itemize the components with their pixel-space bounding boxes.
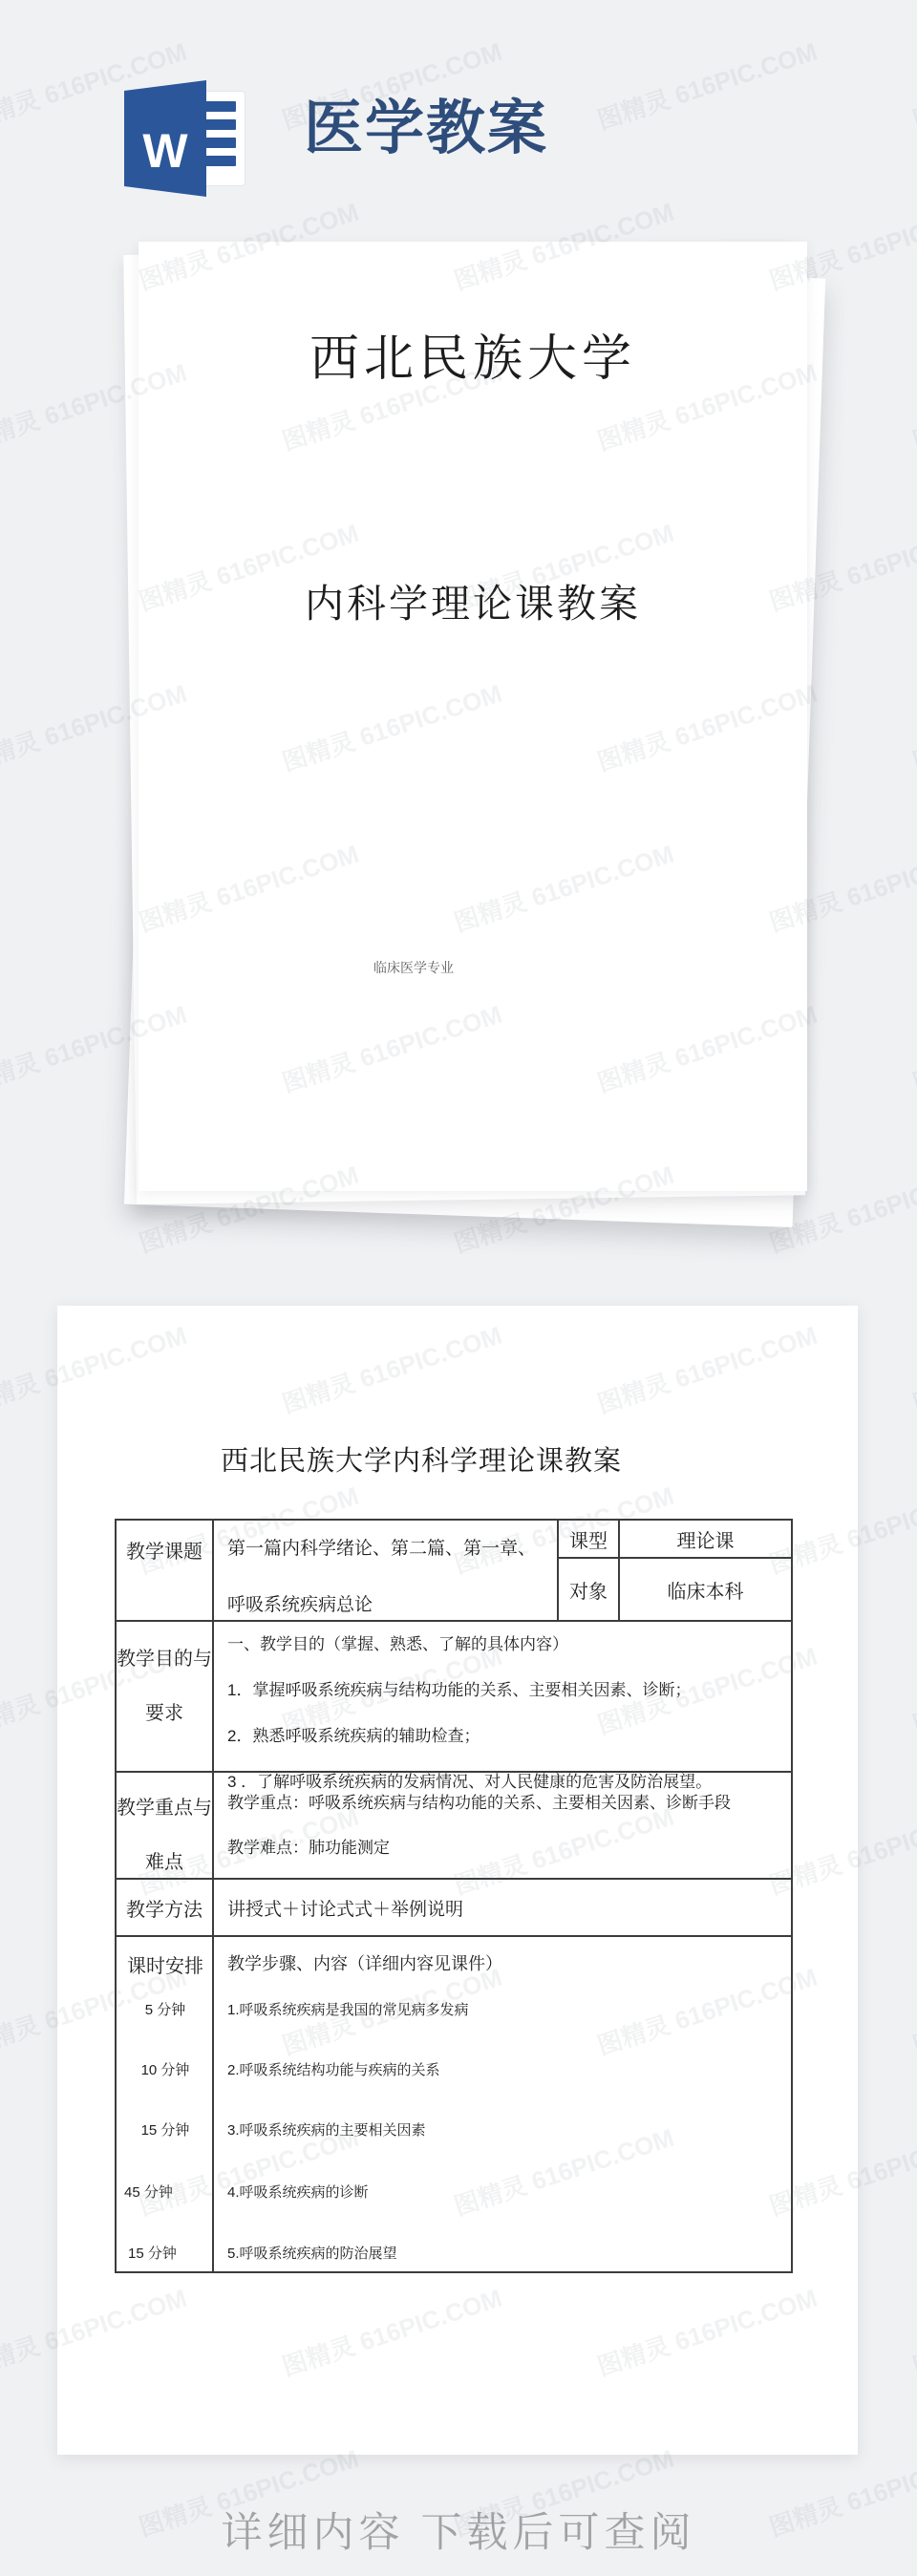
- method-label-cell: 教学方法: [117, 1880, 214, 1935]
- objectives-value-cell: 一、教学目的（掌握、熟悉、了解的具体内容） 1．掌握呼吸系统疾病与结构功能的关系…: [214, 1622, 791, 1771]
- schedule-item: 1.呼吸系统疾病是我国的常见病多发病: [227, 1999, 469, 2019]
- word-file-icon: W: [124, 80, 250, 197]
- watermark-text: 图精灵 616PIC.COM: [907, 1958, 917, 2062]
- lesson-plan-heading: 西北民族大学内科学理论课教案: [21, 1439, 821, 1479]
- major-subtitle: 临床医学专业: [79, 958, 748, 977]
- objectives-line: 2．熟悉呼吸系统疾病的辅助检查；: [227, 1722, 783, 1746]
- page-title: 医学教案: [304, 80, 548, 165]
- schedule-time-column: [117, 1937, 214, 2271]
- course-type-label-cell: 课型: [559, 1521, 620, 1557]
- watermark-text: 图精灵 616PIC.COM: [907, 1316, 917, 1420]
- watermark-text: 图精灵 616PIC.COM: [907, 1637, 917, 1741]
- watermark-text: 图精灵 616PIC.COM: [907, 32, 917, 137]
- key-points-label-cell: 教学重点与 难点: [117, 1773, 214, 1878]
- schedule-time: 5 分钟: [117, 1999, 214, 2019]
- audience-row: 对象 临床本科: [559, 1559, 791, 1620]
- schedule-item: 5.呼吸系统疾病的防治展望: [227, 2243, 397, 2263]
- watermark-text: 图精灵 616PIC.COM: [907, 995, 917, 1099]
- objectives-label-line-1: 教学目的与: [117, 1643, 212, 1671]
- objectives-line: 一、教学目的（掌握、熟悉、了解的具体内容）: [227, 1630, 783, 1654]
- table-row-key-points: 教学重点与 难点 教学重点：呼吸系统疾病与结构功能的关系、主要相关因素、诊断手段…: [117, 1773, 791, 1880]
- word-letter: W: [142, 102, 187, 175]
- watermark-text: 图精灵 616PIC.COM: [907, 2279, 917, 2383]
- table-row-method: 教学方法 讲授式＋讨论式式＋举例说明: [117, 1880, 791, 1937]
- key-point-line: 教学重点：呼吸系统疾病与结构功能的关系、主要相关因素、诊断手段: [227, 1789, 783, 1813]
- key-points-label-line-2: 难点: [117, 1846, 212, 1874]
- cover-sheet: 西北民族大学 内科学理论课教案 临床医学专业: [139, 242, 807, 1191]
- document-preview-page-1: 西北民族大学 内科学理论课教案 临床医学专业: [139, 242, 807, 1191]
- objectives-label-cell: 教学目的与 要求: [117, 1622, 214, 1771]
- topic-line-2: 呼吸系统疾病总论: [227, 1590, 551, 1616]
- table-row-objectives: 教学目的与 要求 一、教学目的（掌握、熟悉、了解的具体内容） 1．掌握呼吸系统疾…: [117, 1622, 791, 1773]
- schedule-time: 15 分钟: [117, 2119, 214, 2140]
- course-meta-cells: 课型 理论课 对象 临床本科: [559, 1521, 791, 1620]
- audience-label-cell: 对象: [559, 1559, 620, 1620]
- schedule-item: 2.呼吸系统结构功能与疾病的关系: [227, 2059, 440, 2079]
- schedule-content-header: 教学步骤、内容（详细内容见课件）: [227, 1950, 502, 1975]
- schedule-item: 3.呼吸系统疾病的主要相关因素: [227, 2119, 426, 2140]
- schedule-time: 10 分钟: [117, 2059, 214, 2079]
- university-title: 西北民族大学: [139, 318, 807, 390]
- difficulty-line: 教学难点：肺功能测定: [227, 1834, 783, 1858]
- key-points-value-cell: 教学重点：呼吸系统疾病与结构功能的关系、主要相关因素、诊断手段 教学难点：肺功能…: [214, 1773, 791, 1878]
- document-preview-page-2: 西北民族大学内科学理论课教案 教学课题 第一篇内科学绪论、第二篇、第一章、 呼吸…: [57, 1306, 858, 2455]
- lesson-plan-table: 教学课题 第一篇内科学绪论、第二篇、第一章、 呼吸系统疾病总论 课型 理论课 对…: [115, 1519, 793, 2273]
- watermark-text: 图精灵 616PIC.COM: [907, 353, 917, 458]
- schedule-label-cell: 课时安排: [117, 1950, 214, 1978]
- table-row-schedule: 课时安排 5 分钟 10 分钟 15 分钟 45 分钟 15 分钟 教学步骤、内…: [117, 1937, 791, 2271]
- course-type-value-cell: 理论课: [620, 1521, 791, 1557]
- key-points-label-line-1: 教学重点与: [117, 1792, 212, 1820]
- schedule-item: 4.呼吸系统疾病的诊断: [227, 2182, 369, 2202]
- document-title: 内科学理论课教案: [139, 572, 807, 628]
- method-value-cell: 讲授式＋讨论式式＋举例说明: [214, 1880, 791, 1935]
- table-row-topic: 教学课题 第一篇内科学绪论、第二篇、第一章、 呼吸系统疾病总论 课型 理论课 对…: [117, 1521, 791, 1622]
- topic-value-cell: 第一篇内科学绪论、第二篇、第一章、 呼吸系统疾病总论: [214, 1521, 559, 1620]
- watermark-text: 图精灵 616PIC.COM: [907, 674, 917, 778]
- word-cover-icon: W: [124, 80, 206, 197]
- watermark-text: 图精灵 616PIC.COM: [592, 32, 821, 137]
- page-canvas: W 医学教案 西北民族大学 内科学理论课教案 临床医学专业 西北民族大学内科学理…: [0, 0, 917, 2576]
- course-type-row: 课型 理论课: [559, 1521, 791, 1559]
- topic-label-cell: 教学课题: [117, 1521, 214, 1620]
- audience-value-cell: 临床本科: [620, 1559, 791, 1620]
- objectives-label-line-2: 要求: [117, 1697, 212, 1725]
- schedule-time: 15 分钟: [117, 2243, 214, 2263]
- objectives-line: 1．掌握呼吸系统疾病与结构功能的关系、主要相关因素、诊断；: [227, 1676, 783, 1700]
- schedule-time: 45 分钟: [117, 2182, 214, 2202]
- topic-line-1: 第一篇内科学绪论、第二篇、第一章、: [227, 1534, 551, 1560]
- download-hint-text: 详细内容 下载后可查阅: [0, 2501, 917, 2559]
